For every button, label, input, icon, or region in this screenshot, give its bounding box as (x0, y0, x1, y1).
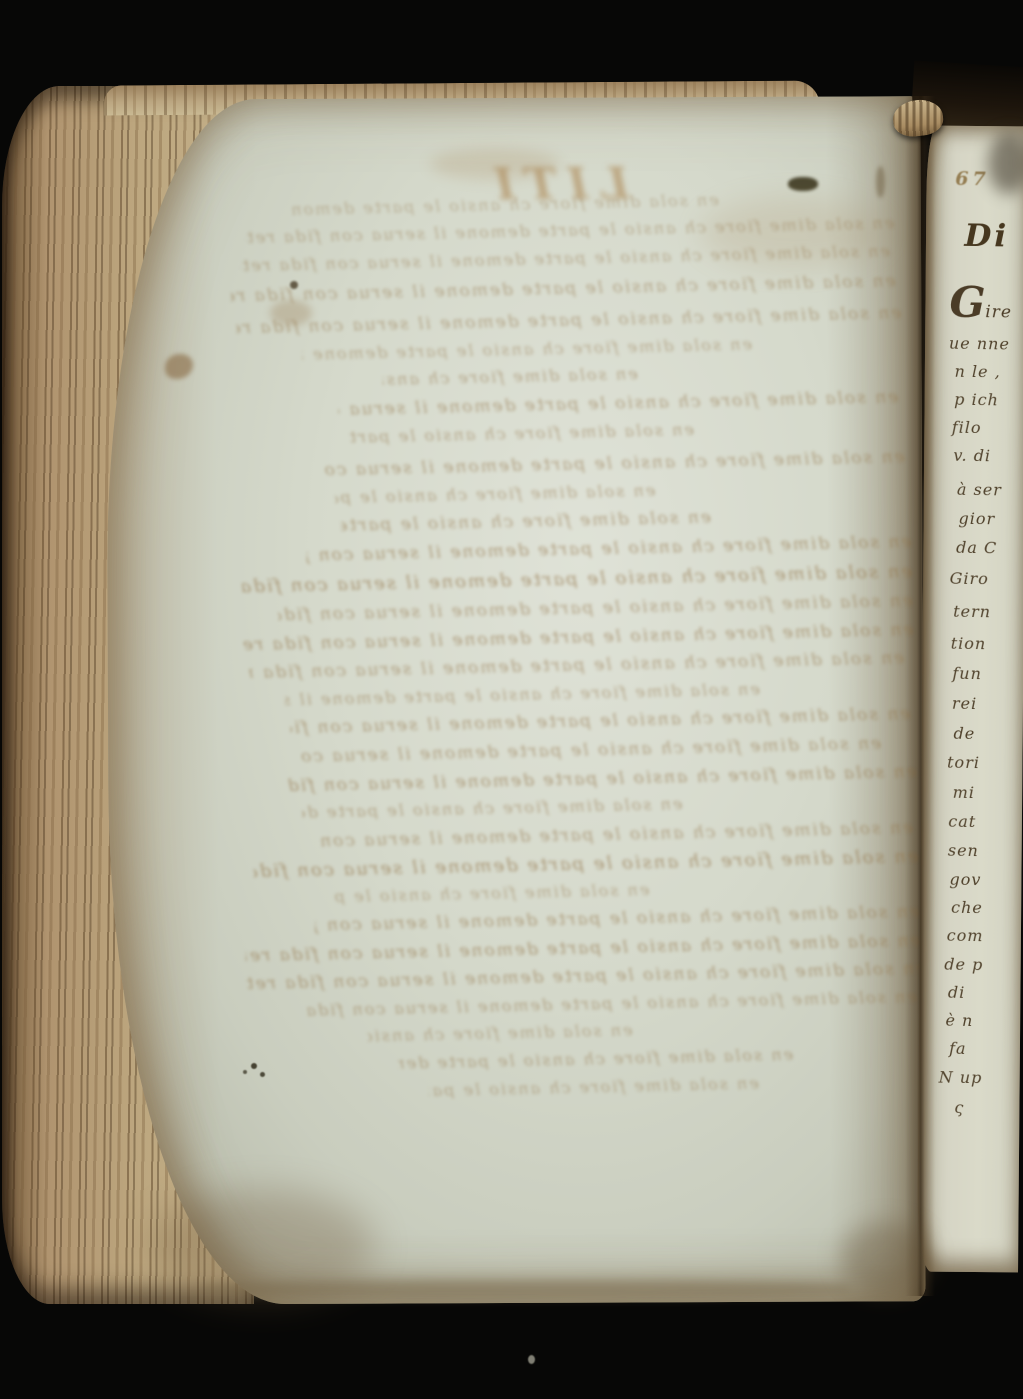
stain-spot (876, 166, 885, 198)
manuscript-fragment: v. di (953, 448, 991, 465)
ghost-line: en sola dime fiore ch ansio le parte dem… (287, 764, 917, 795)
manuscript-fragment: che (951, 900, 983, 916)
ghost-line: en sola dime fiore ch ansio le parte dem… (278, 593, 913, 624)
ghost-line: en sola dime fiore ch ansio le parte dem… (242, 563, 912, 596)
ghost-line: en sola dime fiore ch ansio le parte dem… (301, 736, 881, 766)
manuscript-photo: LITI en sola dime fiore ch ansio le part… (0, 0, 1023, 1399)
manuscript-fragment: ς (954, 1100, 964, 1116)
manuscript-fragment: di (948, 985, 966, 1001)
left-page: LITI en sola dime fiore ch ansio le part… (105, 96, 925, 1305)
manuscript-fragment: ue nne (949, 336, 1010, 353)
ghost-line: en sola dime fiore ch ansio le parte dem… (249, 650, 904, 682)
manuscript-fragment: gov (949, 872, 981, 888)
manuscript-fragment: fun (952, 666, 982, 682)
manuscript-fragment: rei (952, 696, 977, 712)
ghost-line: en sola dime fiore ch ansio le parte dem… (429, 1076, 759, 1099)
manuscript-fragment: Giro (950, 571, 989, 588)
ghost-line: en sola dime fiore ch ansio le parte dem… (335, 483, 655, 506)
stain-spot (251, 1063, 257, 1069)
stain-spot (260, 1072, 265, 1077)
stain-spot (788, 177, 818, 191)
ghost-line: en sola dime fiore ch ansio le parte dem… (302, 796, 682, 821)
ghost-line: en sola dime fiore ch ansio le parte dem… (289, 192, 719, 218)
ghost-line: en sola dime fiore ch ansio le parte dem… (243, 622, 913, 654)
bleed-through-layer: LITI en sola dime fiore ch ansio le part… (105, 96, 925, 1305)
stain-spot (528, 1355, 535, 1364)
ghost-line: en sola dime fiore ch ansio le parte (383, 366, 638, 388)
manuscript-fragment: n le , (954, 364, 1000, 381)
manuscript-fragment: sen (948, 843, 979, 859)
ghost-line: en sola dime fiore ch ansio le parte dem… (315, 904, 920, 935)
stain-spot (290, 281, 298, 289)
stain-spot (840, 1222, 932, 1294)
drop-initial-line: Gire (949, 286, 1012, 323)
ghost-line: en sola dime fiore ch ansio le parte dem… (231, 273, 896, 305)
ghost-line: en sola dime fiore ch ansio le parte dem… (246, 961, 925, 993)
ghost-line: en sola dime fiore ch ansio le parte dem… (290, 706, 910, 737)
manuscript-fragment: cat (948, 814, 976, 830)
folio-number: 67 (955, 168, 990, 190)
page-heading: Di (964, 218, 1009, 255)
ghost-line: en sola dime fiore ch ansio le parte dem… (325, 449, 905, 479)
ghost-line: en sola dime fiore ch ansio le parte dem… (334, 882, 649, 905)
stain-spot (430, 148, 560, 180)
ghost-line: en sola dime fiore ch ansio le parte (367, 1022, 632, 1044)
manuscript-fragment: tern (953, 604, 991, 621)
stain-spot (270, 300, 312, 326)
ghost-line: en sola dime fiore ch ansio le parte dem… (306, 534, 911, 565)
ghost-line: en sola dime fiore ch ansio le parte dem… (338, 389, 898, 419)
manuscript-fragment: fa (949, 1041, 967, 1057)
manuscript-fragment: tion (951, 636, 987, 652)
drop-initial: G (949, 278, 986, 327)
manuscript-fragment: mi (953, 785, 976, 801)
manuscript-fragment: filo (952, 420, 982, 436)
ghost-line: en sola dime fiore ch ansio le parte dem… (341, 510, 711, 535)
drop-initial-rest: ire (985, 302, 1012, 322)
manuscript-fragment: tori (947, 755, 980, 771)
ghost-line: en sola dime fiore ch ansio le parte dem… (285, 681, 760, 708)
manuscript-fragment: com (947, 928, 984, 945)
ghost-line: en sola dime fiore ch ansio le parte dem… (254, 848, 919, 881)
stain-spot (200, 1280, 850, 1298)
ghost-line: en sola dime fiore ch ansio le parte dem… (302, 337, 752, 363)
ghost-line: en sola dime fiore ch ansio le parte dem… (313, 820, 913, 851)
manuscript-fragment: gior (958, 511, 995, 528)
ghost-line: en sola dime fiore ch ansio le parte dem… (236, 305, 901, 337)
stain-spot (700, 198, 885, 268)
stain-spot (243, 1070, 247, 1074)
manuscript-fragment: N up (939, 1070, 983, 1087)
ghost-line: en sola dime fiore ch ansio le parte dem… (307, 989, 917, 1019)
ghost-line: en sola dime fiore ch ansio le parte dem… (398, 1047, 793, 1072)
manuscript-fragment: p ich (954, 392, 999, 409)
right-page-text: 67 Di Gire ue nnen le ,p ichfilov. dià s… (912, 0, 1023, 1399)
stain-spot (988, 132, 1023, 194)
ghost-line: en sola dime fiore ch ansio le parte dem… (349, 422, 694, 446)
manuscript-fragment: de (953, 726, 975, 742)
manuscript-fragment: à ser (957, 482, 1002, 499)
manuscript-fragment: de p (944, 957, 983, 974)
ghost-line: en sola dime fiore ch ansio le parte dem… (246, 933, 921, 965)
manuscript-fragment: da C (956, 540, 997, 557)
manuscript-fragment: è n (945, 1013, 973, 1029)
